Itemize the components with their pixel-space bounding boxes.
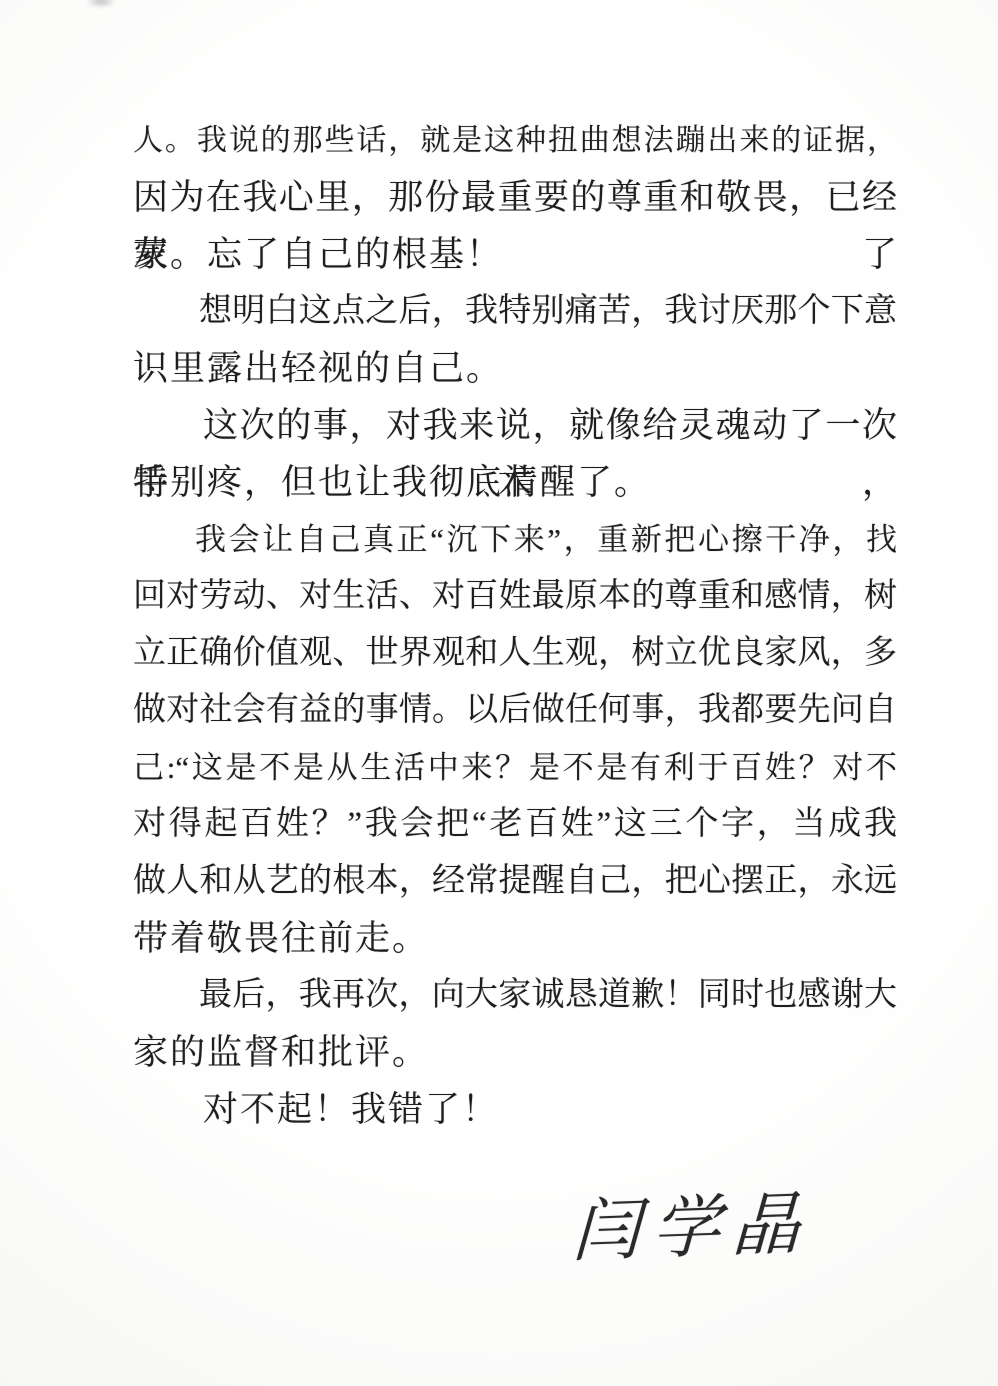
letter-line: 回对劳动、对生活、对百姓最原本的尊重和感情，树	[133, 568, 897, 625]
letter-line: 想明白这点之后，我特别痛苦，我讨厌那个下意	[133, 283, 897, 340]
paragraph: 最后，我再次，向大家诚恳道歉！同时也感谢大 家的监督和批评。	[133, 967, 897, 1081]
letter-line: 识里露出轻视的自己。	[133, 340, 897, 397]
letter-line: 做对社会有益的事情。以后做任何事，我都要先问自	[133, 682, 897, 739]
letter-photo-page: 人。我说的那些话，就是这种扭曲想法蹦出来的证据， 因为在我心里，那份最重要的尊重…	[0, 0, 998, 1386]
letter-line: 立正确价值观、世界观和人生观，树立优良家风，多	[133, 625, 897, 682]
paragraph: 想明白这点之后，我特别痛苦，我讨厌那个下意 识里露出轻视的自己。	[133, 283, 897, 397]
letter-line: 这次的事，对我来说，就像给灵魂动了一次手术，	[133, 397, 897, 454]
letter-line: 家的监督和批评。	[133, 1024, 897, 1081]
signature: 闫学晶	[570, 1169, 834, 1298]
photo-artifact-smudge	[86, 0, 116, 8]
signature-name: 闫学晶	[571, 1186, 814, 1271]
paragraph: 这次的事，对我来说，就像给灵魂动了一次手术， 特别疼，但也让我彻底清醒了。	[133, 397, 897, 511]
paragraph: 对不起！我错了！	[133, 1081, 897, 1138]
letter-line: 人。我说的那些话，就是这种扭曲想法蹦出来的证据，	[133, 112, 897, 169]
letter-body: 人。我说的那些话，就是这种扭曲想法蹦出来的证据， 因为在我心里，那份最重要的尊重…	[133, 112, 897, 1138]
letter-line: 我会让自己真正“沉下来”，重新把心擦干净，找	[133, 511, 897, 568]
letter-line: 对得起百姓？”我会把“老百姓”这三个字，当成我	[133, 796, 897, 853]
paragraph: 人。我说的那些话，就是这种扭曲想法蹦出来的证据， 因为在我心里，那份最重要的尊重…	[133, 112, 897, 283]
letter-line: 带着敬畏往前走。	[133, 910, 897, 967]
letter-line: 因为在我心里，那份最重要的尊重和敬畏，已经蒙了	[133, 169, 897, 226]
letter-line: 最后，我再次，向大家诚恳道歉！同时也感谢大	[133, 967, 897, 1024]
letter-line: 做人和从艺的根本，经常提醒自己，把心摆正，永远	[133, 853, 897, 910]
paragraph: 我会让自己真正“沉下来”，重新把心擦干净，找 回对劳动、对生活、对百姓最原本的尊…	[133, 511, 897, 967]
letter-line: 对不起！我错了！	[133, 1081, 897, 1138]
letter-line: 己:“这是不是从生活中来？是不是有利于百姓？对不	[133, 739, 897, 796]
